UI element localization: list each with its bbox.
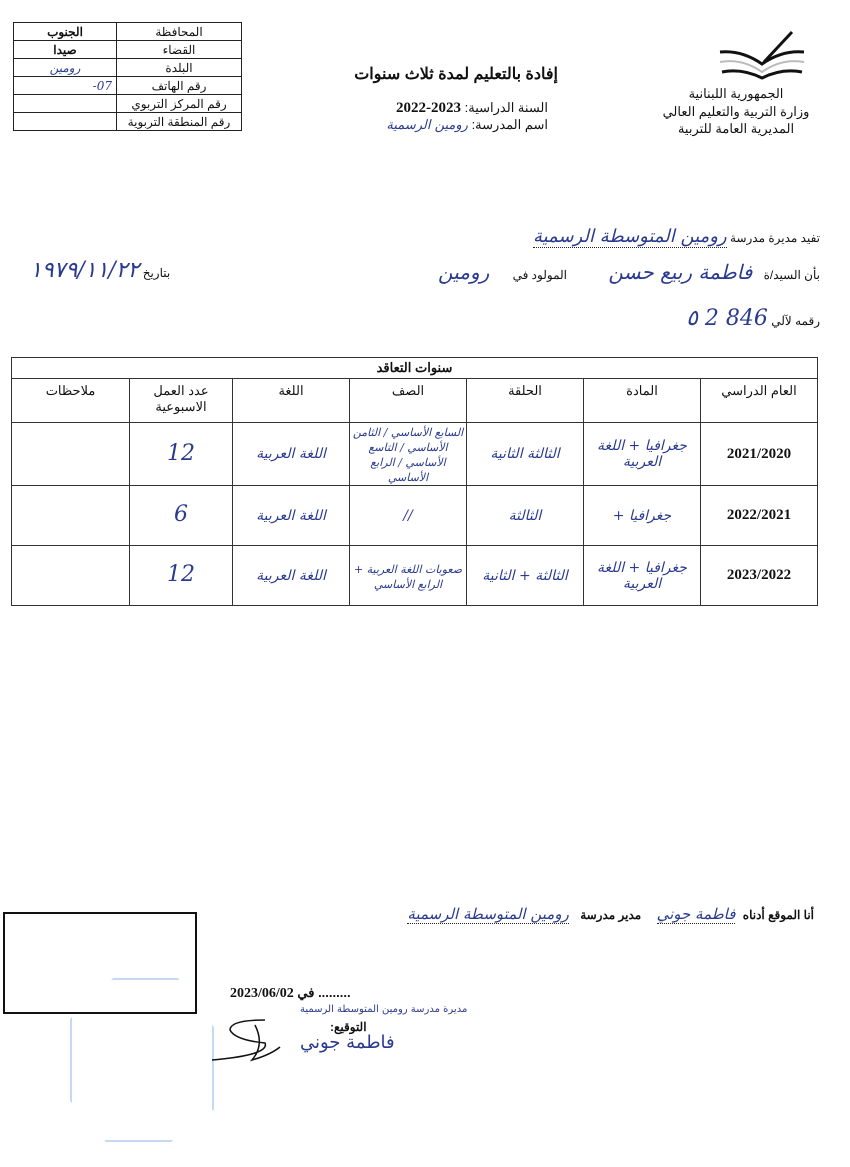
location-info-table: المحافظةالجنوب القضاءصيدا البلدةرومين رق… <box>13 22 242 131</box>
column-header: عدد العمل الاسبوعية <box>130 379 233 423</box>
stamp-text: مديرة مدرسة رومين المتوسطة الرسمية <box>300 1004 467 1015</box>
birth-date-row: بتاريخ ١٩٧٩/١١/٢٢ <box>30 258 170 283</box>
table-row: 2022/2021 جغرافيا + الثالثة // اللغة الع… <box>12 486 818 546</box>
number-row: رقمه لآلي 846 2 ٥ <box>686 306 820 331</box>
info-row: المحافظةالجنوب <box>14 23 242 41</box>
column-header: الحلقة <box>467 379 584 423</box>
info-row: رقم الهاتف07- <box>14 77 242 95</box>
year-cell: 2022/2021 <box>701 486 818 546</box>
notes-cell <box>12 423 130 486</box>
column-header: العام الدراسي <box>701 379 818 423</box>
official-seal-icon <box>70 978 214 1142</box>
info-row: البلدةرومين <box>14 59 242 77</box>
subject-cell: جغرافيا + اللغة العربية <box>597 438 687 470</box>
stamp-name: فاطمة جوني <box>300 1032 395 1053</box>
signature-scribble-icon <box>210 1015 310 1069</box>
birth-date: ١٩٧٩/١١/٢٢ <box>30 258 139 283</box>
number-value: 846 2 ٥ <box>686 306 768 331</box>
column-header: الصف <box>350 379 467 423</box>
table-row: 2021/2020 جغرافيا + اللغة العربية الثالث… <box>12 423 818 486</box>
born-label: المولود في <box>513 268 567 282</box>
info-value: صيدا <box>14 41 117 59</box>
document-title: إفادة بالتعليم لمدة ثلاث سنوات <box>354 64 558 84</box>
number-label: رقمه لآلي <box>771 314 820 328</box>
language-cell: اللغة العربية <box>256 568 326 584</box>
subject-cell: جغرافيا + اللغة العربية <box>597 560 687 592</box>
school-year-label: السنة الدراسية: <box>465 100 548 115</box>
date-prefix: ......... في <box>297 985 350 1000</box>
footer-school-name: رومين المتوسطة الرسمية <box>407 905 568 924</box>
certify-label: تفيد مديرة مدرسة <box>730 231 820 245</box>
info-row: رقم المنطقة التربوية <box>14 113 242 131</box>
info-value: 07- <box>14 77 117 95</box>
language-cell: اللغة العربية <box>256 508 326 524</box>
ministry-line-2: وزارة التربية والتعليم العالي <box>646 104 826 120</box>
grade-cell: // <box>403 508 412 524</box>
school-year-row: السنة الدراسية: 2023-2022 <box>396 100 548 117</box>
notes-cell <box>12 546 130 606</box>
signer-name: فاطمة جوني <box>657 905 736 924</box>
ministry-line-1: الجمهورية اللبنانية <box>646 86 826 102</box>
year-cell: 2023/2022 <box>701 546 818 606</box>
open-book-pen-logo-icon <box>712 28 808 80</box>
info-value: الجنوب <box>14 23 117 41</box>
hours-cell: 12 <box>167 562 195 587</box>
hours-cell: 6 <box>174 502 188 527</box>
ministry-line-3: المديرية العامة للتربية <box>646 121 826 137</box>
info-label: رقم المركز التربوي <box>117 95 242 113</box>
info-label: البلدة <box>117 59 242 77</box>
info-row: القضاءصيدا <box>14 41 242 59</box>
hours-cell: 12 <box>167 441 195 466</box>
cycle-cell: الثالثة + الثانية <box>482 568 568 584</box>
info-value <box>14 95 117 113</box>
school-year-value: 2023-2022 <box>396 100 461 116</box>
person-row: بأن السيد/ة فاطمة ربيع حسن المولود في رو… <box>438 260 820 284</box>
info-label: المحافظة <box>117 23 242 41</box>
contract-years-table: سنوات التعاقد العام الدراسي المادة الحلق… <box>11 357 818 606</box>
info-label: القضاء <box>117 41 242 59</box>
signatory-row: أنا الموقع أدناه فاطمة جوني مدير مدرسة ر… <box>407 905 814 923</box>
subject-cell: جغرافيا + <box>613 508 671 524</box>
person-label: بأن السيد/ة <box>764 268 820 282</box>
column-header: اللغة <box>233 379 350 423</box>
notes-cell <box>12 486 130 546</box>
cycle-cell: الثالثة <box>509 508 542 524</box>
column-header: المادة <box>584 379 701 423</box>
grade-cell: صعوبات اللغة العربية + الرابع الأساسي <box>354 563 462 591</box>
school-name-row: اسم المدرسة: رومين الرسمية <box>386 117 548 133</box>
school-name-label: اسم المدرسة: <box>472 117 548 132</box>
info-row: رقم المركز التربوي <box>14 95 242 113</box>
date-value: 2023/06/02 <box>230 986 294 1001</box>
table-title: سنوات التعاقد <box>12 358 818 379</box>
certify-row: تفيد مديرة مدرسة رومين المتوسطة الرسمية <box>533 226 820 247</box>
certify-school-name: رومين المتوسطة الرسمية <box>533 226 727 248</box>
info-label: رقم الهاتف <box>117 77 242 95</box>
grade-cell: السابع الأساسي / الثامن الأساسي / التاسع… <box>353 426 463 484</box>
date-row: ......... في 2023/06/02 <box>230 985 351 1002</box>
person-name: فاطمة ربيع حسن <box>608 260 752 284</box>
date-label: بتاريخ <box>143 266 171 280</box>
column-header: ملاحظات <box>12 379 130 423</box>
info-label: رقم المنطقة التربوية <box>117 113 242 131</box>
table-header-row: العام الدراسي المادة الحلقة الصف اللغة ع… <box>12 379 818 423</box>
language-cell: اللغة العربية <box>256 446 326 462</box>
director-label: مدير مدرسة <box>580 908 641 922</box>
born-place: رومين <box>438 260 489 284</box>
school-name-value: رومين الرسمية <box>386 118 468 133</box>
info-value: رومين <box>14 59 117 77</box>
info-value <box>14 113 117 131</box>
signed-label: أنا الموقع أدناه <box>743 908 814 922</box>
cycle-cell: الثالثة الثانية <box>490 446 559 462</box>
table-row: 2023/2022 جغرافيا + اللغة العربية الثالث… <box>12 546 818 606</box>
year-cell: 2021/2020 <box>701 423 818 486</box>
